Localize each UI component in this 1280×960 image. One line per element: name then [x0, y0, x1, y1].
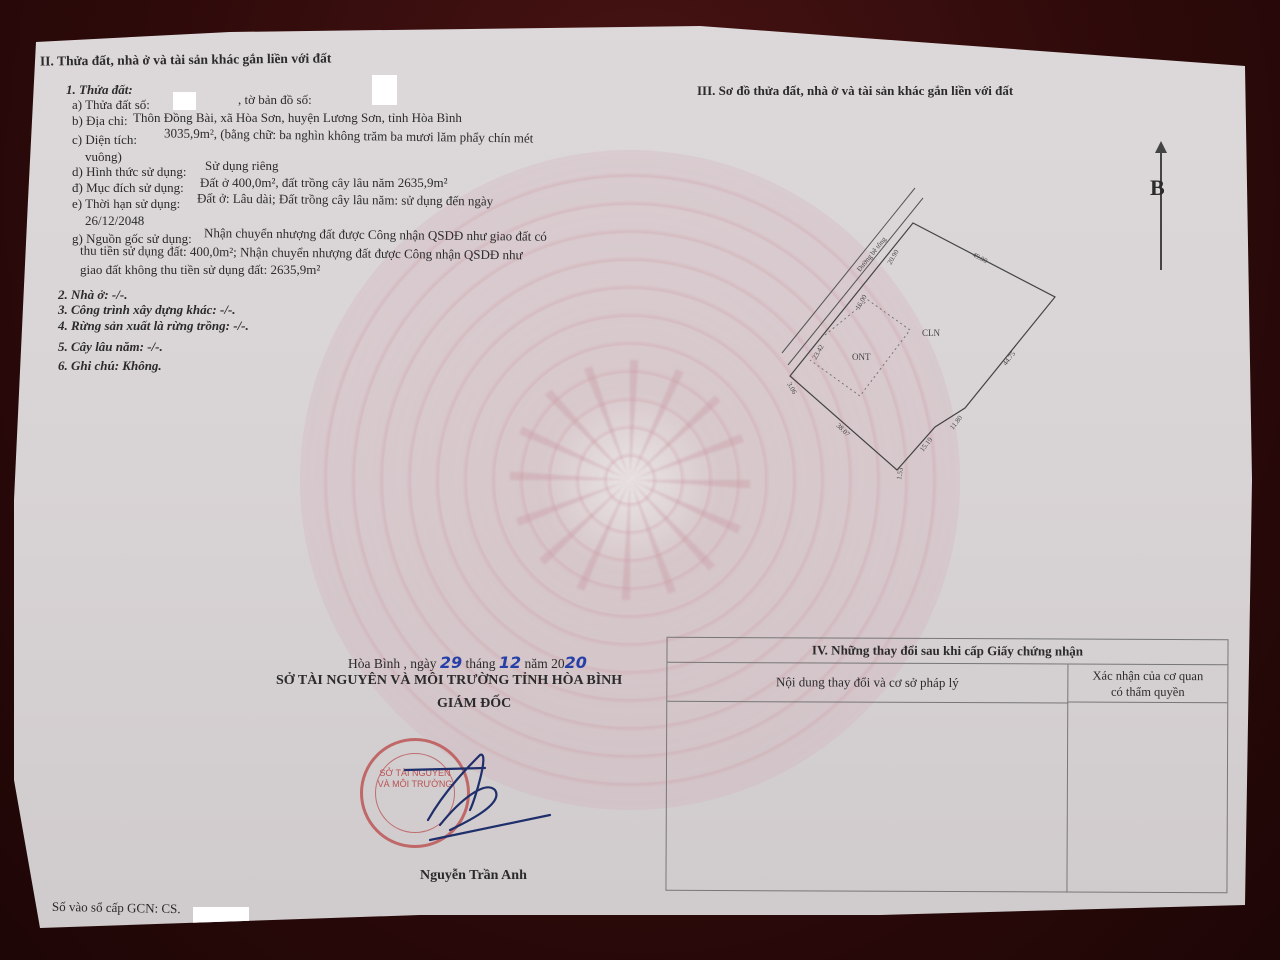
svg-text:23.42: 23.42 [811, 343, 826, 361]
col2-line1: Xác nhận của cơ quan [1068, 668, 1227, 685]
map-sheet-label: , tờ bản đồ số: [238, 92, 312, 107]
redacted-parcel-no [173, 92, 196, 110]
north-label: B [1150, 180, 1165, 195]
year-handwritten: 20 [565, 653, 587, 672]
certificate-page: II. Thửa đất, nhà ở và tài sản khác gắn … [0, 0, 1280, 960]
signature-mark [400, 750, 570, 850]
redacted-registry-no [193, 907, 249, 928]
area-value-cont: vuông) [85, 149, 122, 164]
place-date-prefix: Hòa Bình , ngày [348, 656, 437, 671]
address-label: b) Địa chỉ: [72, 113, 128, 128]
parcel-diagram: Đường bê tông ONT CLN 49.00 44.75 11.80 … [770, 180, 1070, 480]
svg-text:16.00: 16.00 [854, 293, 869, 311]
address-value: Thôn Đồng Bài, xã Hòa Sơn, huyện Lương S… [133, 110, 462, 125]
term-value-cont: 26/12/2048 [85, 213, 144, 228]
term-value: Đất ở: Lâu dài; Đất trồng cây lâu năm: s… [197, 190, 493, 208]
other-construction-item: 3. Công trình xây dựng khác: -/-. [58, 302, 236, 317]
purpose-label: đ) Mục đích sử dụng: [72, 180, 184, 195]
col2-line2: có thẩm quyền [1068, 684, 1227, 701]
month-label: tháng [466, 656, 496, 671]
area-label: c) Diện tích: [72, 132, 137, 147]
area-value: 3035,9m², (bằng chữ: ba nghìn không trăm… [164, 125, 533, 145]
signer-name: Nguyễn Trần Anh [420, 868, 527, 883]
svg-text:49.00: 49.00 [971, 251, 989, 266]
place-date: Hòa Bình , ngày 29 tháng 12 năm 2020 [348, 655, 587, 671]
zone-label-ont: ONT [852, 352, 871, 362]
term-label: e) Thời hạn sử dụng: [72, 196, 180, 211]
changes-col-content: Nội dung thay đổi và cơ sở pháp lý [667, 663, 1068, 704]
origin-value-3: giao đất không thu tiền sử dụng đất: 263… [80, 262, 320, 277]
svg-text:15.19: 15.19 [918, 436, 934, 454]
changes-table: IV. Những thay đổi sau khi cấp Giấy chứn… [665, 637, 1228, 893]
parcel-heading: 1. Thửa đất: [66, 82, 133, 97]
svg-text:38.07: 38.07 [835, 422, 852, 439]
production-forest-item: 4. Rừng sản xuất là rừng trồng: -/-. [58, 318, 249, 333]
svg-text:1.53: 1.53 [895, 466, 905, 480]
changes-table-title: IV. Những thay đổi sau khi cấp Giấy chứn… [667, 638, 1227, 665]
perennial-trees-item: 5. Cây lâu năm: -/-. [58, 339, 163, 354]
purpose-value: Đất ở 400,0m², đất trồng cây lâu năm 263… [200, 175, 448, 190]
usage-form-value: Sử dụng riêng [205, 158, 279, 173]
origin-value-1: Nhận chuyển nhượng đất được Công nhận QS… [204, 225, 547, 244]
house-item: 2. Nhà ở: -/-. [58, 287, 127, 302]
svg-text:44.75: 44.75 [1001, 350, 1017, 368]
day-handwritten: 29 [440, 653, 462, 672]
column-divider [1066, 703, 1068, 892]
svg-text:3.06: 3.06 [785, 381, 798, 396]
star-watermark [510, 360, 750, 600]
svg-text:11.80: 11.80 [948, 414, 964, 432]
usage-form-label: d) Hình thức sử dụng: [72, 164, 186, 179]
signer-position: GIÁM ĐỐC [437, 696, 511, 711]
notes-item: 6. Ghi chú: Không. [58, 358, 162, 373]
agency-name: SỞ TÀI NGUYÊN VÀ MÔI TRƯỜNG TỈNH HÒA BÌN… [276, 673, 622, 688]
section3-title: III. Sơ đồ thửa đất, nhà ở và tài sản kh… [697, 83, 1013, 98]
month-handwritten: 12 [499, 653, 521, 672]
changes-col-confirmation: Xác nhận của cơ quan có thẩm quyền [1068, 665, 1227, 704]
registry-label: Số vào sổ cấp GCN: CS. [52, 899, 181, 916]
redacted-map-sheet [372, 75, 397, 105]
origin-value-2: thu tiền sử dụng đất: 400,0m²; Nhận chuy… [80, 243, 523, 263]
zone-label-cln: CLN [922, 328, 941, 338]
north-arrow-icon [1160, 145, 1162, 270]
section2-title: II. Thửa đất, nhà ở và tài sản khác gắn … [40, 50, 332, 68]
svg-text:20.90: 20.90 [886, 248, 901, 266]
year-label: năm 20 [525, 656, 565, 671]
